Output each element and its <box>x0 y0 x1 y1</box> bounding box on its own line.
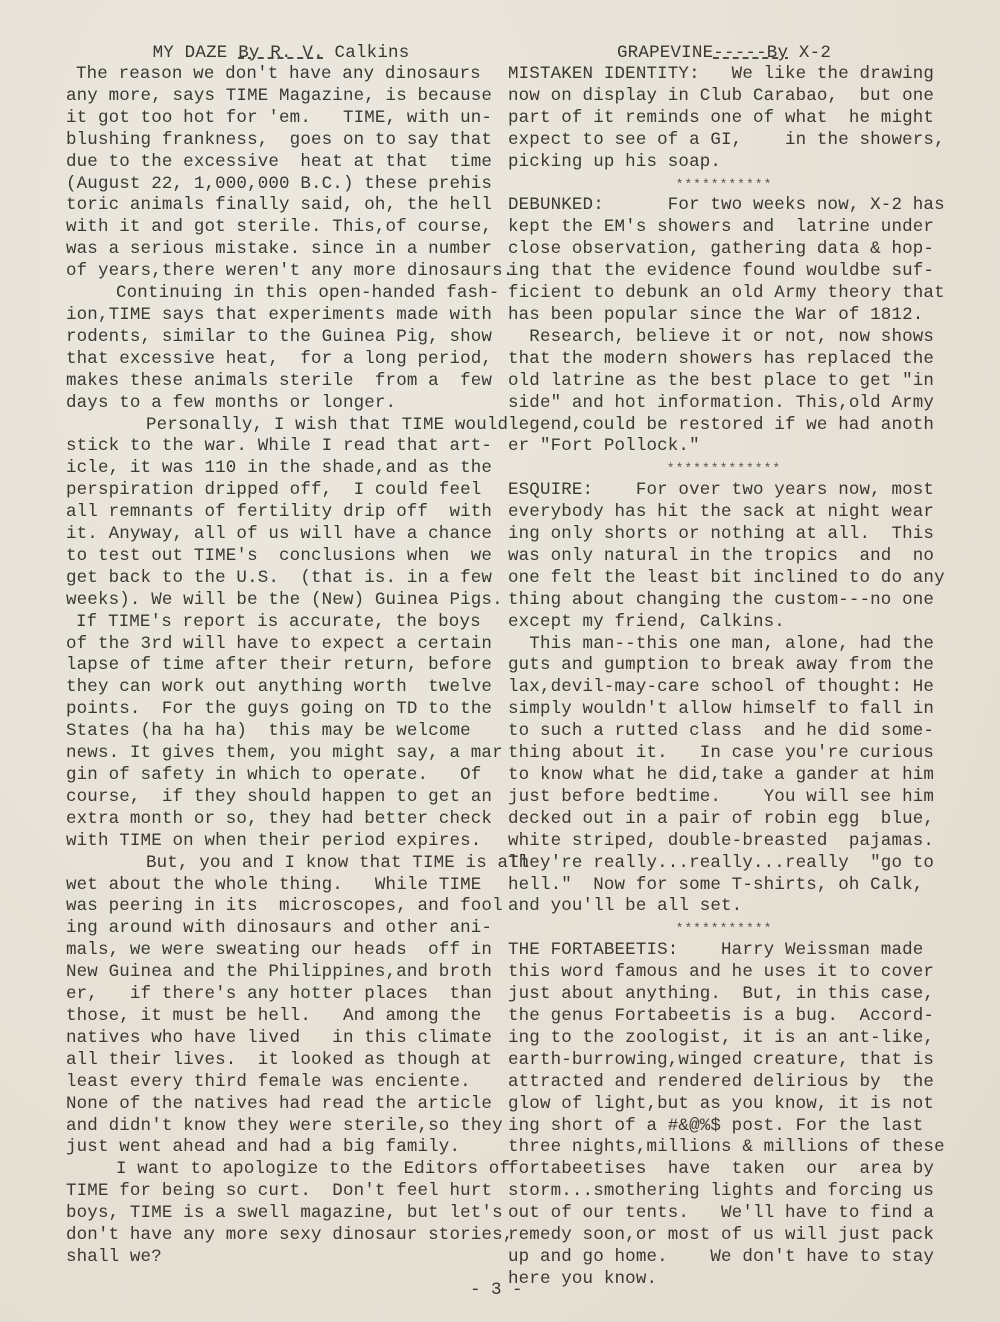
text-line: just went ahead and had a big family. <box>66 1137 496 1159</box>
text-line: just about anything. But, in this case, <box>508 984 940 1006</box>
text-line: perspiration dripped off, I could feel <box>66 480 496 502</box>
text-line: kept the EM's showers and latrine under <box>508 217 940 239</box>
text-line: ing to the zoologist, it is an ant-like, <box>508 1028 940 1050</box>
text-line: course, if they should happen to get an <box>66 787 496 809</box>
text-line: ing only shorts or nothing at all. This <box>508 524 940 546</box>
text-line: er "Fort Pollock." <box>508 436 940 458</box>
section-divider-asterisks: *********** <box>508 918 940 940</box>
text-line: natives who have lived in this climate <box>66 1028 496 1050</box>
text-line: except my friend, Calkins. <box>508 612 940 634</box>
column-my-daze: MY DAZE By R. V. Calkins The reason we d… <box>66 42 496 1269</box>
text-line: legend,could be restored if we had anoth <box>508 415 940 437</box>
text-line: picking up his soap. <box>508 152 940 174</box>
text-line: and you'll be all set. <box>508 896 940 918</box>
text-line: (August 22, 1,000,000 B.C.) these prehis <box>66 174 496 196</box>
text-line: If TIME's report is accurate, the boys <box>66 612 496 634</box>
title-text: GRAPEVINE <box>617 43 713 63</box>
text-line: of years,there weren't any more dinosaur… <box>66 261 496 283</box>
text-line: ESQUIRE: For over two years now, most <box>508 480 940 502</box>
text-line: here you know. <box>508 1269 940 1291</box>
text-line: one felt the least bit inclined to do an… <box>508 568 940 590</box>
title-byline-underlined: By R. V. <box>238 43 324 63</box>
title-author: X-2 <box>788 43 831 63</box>
text-line: gin of safety in which to operate. Of <box>66 765 496 787</box>
title-author: Calkins <box>324 43 410 63</box>
text-line: DEBUNKED: For two weeks now, X-2 has <box>508 195 940 217</box>
text-line: I want to apologize to the Editors of <box>66 1159 496 1181</box>
text-line: TIME for being so curt. Don't feel hurt <box>66 1181 496 1203</box>
text-line: The reason we don't have any dinosaurs <box>66 64 496 86</box>
text-line: white striped, double-breasted pajamas. <box>508 831 940 853</box>
text-line: expect to see of a GI, in the showers, <box>508 130 940 152</box>
text-line: they can work out anything worth twelve <box>66 677 496 699</box>
text-line: three nights,millions & millions of thes… <box>508 1137 940 1159</box>
text-line: lapse of time after their return, before <box>66 655 496 677</box>
title-byline-underlined: -----By <box>713 43 788 63</box>
text-line: now on display in Club Carabao, but one <box>508 86 940 108</box>
text-line: out of our tents. We'll have to find a <box>508 1203 940 1225</box>
text-line: all remnants of fertility drip off with <box>66 502 496 524</box>
text-line: But, you and I know that TIME is all <box>66 853 496 875</box>
text-line: thing about changing the custom---no one <box>508 590 940 612</box>
text-line: extra month or so, they had better check <box>66 809 496 831</box>
text-line: up and go home. We don't have to stay <box>508 1247 940 1269</box>
text-line: was peering in its microscopes, and fool <box>66 896 496 918</box>
text-line: States (ha ha ha) this may be welcome <box>66 721 496 743</box>
text-line: makes these animals sterile from a few <box>66 371 496 393</box>
section-divider-asterisks: ************* <box>508 458 940 480</box>
text-line: this word famous and he uses it to cover <box>508 962 940 984</box>
text-line: MISTAKEN IDENTITY: We like the drawing <box>508 64 940 86</box>
text-line: that the modern showers has replaced the <box>508 349 940 371</box>
column-grapevine: GRAPEVINE-----By X-2 MISTAKEN IDENTITY: … <box>508 42 940 1291</box>
text-line: er, if there's any hotter places than <box>66 984 496 1006</box>
article-title-my-daze: MY DAZE By R. V. Calkins <box>66 42 496 64</box>
text-line: New Guinea and the Philippines,and broth <box>66 962 496 984</box>
text-line: it. Anyway, all of us will have a chance <box>66 524 496 546</box>
text-line: everybody has hit the sack at night wear <box>508 502 940 524</box>
text-line: points. For the guys going on TD to the <box>66 699 496 721</box>
text-line: glow of light,but as you know, it is not <box>508 1094 940 1116</box>
text-line: mals, we were sweating our heads off in <box>66 940 496 962</box>
text-line: get back to the U.S. (that is. in a few <box>66 568 496 590</box>
text-line: guts and gumption to break away from the <box>508 655 940 677</box>
grapevine-item: MISTAKEN IDENTITY: We like the drawingno… <box>508 64 940 174</box>
text-line: with it and got sterile. This,of course, <box>66 217 496 239</box>
text-line: was only natural in the tropics and no <box>508 546 940 568</box>
text-line: storm...smothering lights and forcing us <box>508 1181 940 1203</box>
text-line: boys, TIME is a swell magazine, but let'… <box>66 1203 496 1225</box>
text-line: was a serious mistake. since in a number <box>66 239 496 261</box>
text-line: decked out in a pair of robin egg blue, <box>508 809 940 831</box>
text-line: days to a few months or longer. <box>66 393 496 415</box>
text-line: THE FORTABEETIS: Harry Weissman made <box>508 940 940 962</box>
text-line: to test out TIME's conclusions when we <box>66 546 496 568</box>
text-line: earth-burrowing,winged creature, that is <box>508 1050 940 1072</box>
text-line: remedy soon,or most of us will just pack <box>508 1225 940 1247</box>
text-line: to know what he did,take a gander at him <box>508 765 940 787</box>
text-line: all their lives. it looked as though at <box>66 1050 496 1072</box>
article-title-grapevine: GRAPEVINE-----By X-2 <box>508 42 940 64</box>
text-line: thing about it. In case you're curious <box>508 743 940 765</box>
text-line: of the 3rd will have to expect a certain <box>66 634 496 656</box>
text-line: weeks). We will be the (New) Guinea Pigs… <box>66 590 496 612</box>
text-line: Personally, I wish that TIME would <box>66 415 496 437</box>
text-line: side" and hot information. This,old Army <box>508 393 940 415</box>
text-line: and didn't know they were sterile,so the… <box>66 1116 496 1138</box>
typewritten-page: MY DAZE By R. V. Calkins The reason we d… <box>0 0 1000 1322</box>
section-divider-asterisks: *********** <box>508 174 940 196</box>
text-line: lax,devil-may-care school of thought: He <box>508 677 940 699</box>
text-line: hell." Now for some T-shirts, oh Calk, <box>508 875 940 897</box>
text-line: wet about the whole thing. While TIME <box>66 875 496 897</box>
text-line: Research, believe it or not, now shows <box>508 327 940 349</box>
text-line: any more, says TIME Magazine, is because <box>66 86 496 108</box>
text-line: it got too hot for 'em. TIME, with un- <box>66 108 496 130</box>
text-line: rodents, similar to the Guinea Pig, show <box>66 327 496 349</box>
text-line: stick to the war. While I read that art- <box>66 436 496 458</box>
text-line: This man--this one man, alone, had the <box>508 634 940 656</box>
text-line: fortabeetises have taken our area by <box>508 1159 940 1181</box>
text-line: least every third female was enciente. <box>66 1072 496 1094</box>
text-line: ing short of a #&@%$ post. For the last <box>508 1116 940 1138</box>
text-line: ion,TIME says that experiments made with <box>66 305 496 327</box>
text-line: ficient to debunk an old Army theory tha… <box>508 283 940 305</box>
text-line: blushing frankness, goes on to say that <box>66 130 496 152</box>
text-line: part of it reminds one of what he might <box>508 108 940 130</box>
text-line: those, it must be hell. And among the <box>66 1006 496 1028</box>
text-line: They're really...really...really "go to <box>508 853 940 875</box>
text-line: ing that the evidence found wouldbe suf- <box>508 261 940 283</box>
text-line: toric animals finally said, oh, the hell <box>66 195 496 217</box>
text-line: don't have any more sexy dinosaur storie… <box>66 1225 496 1247</box>
text-line: news. It gives them, you might say, a ma… <box>66 743 496 765</box>
article-body-grapevine: MISTAKEN IDENTITY: We like the drawingno… <box>508 64 940 1291</box>
grapevine-item: THE FORTABEETIS: Harry Weissman madethis… <box>508 940 940 1291</box>
article-body-my-daze: The reason we don't have any dinosaursan… <box>66 64 496 1269</box>
text-line: shall we? <box>66 1247 496 1269</box>
grapevine-item: DEBUNKED: For two weeks now, X-2 haskept… <box>508 195 940 458</box>
text-line: attracted and rendered delirious by the <box>508 1072 940 1094</box>
text-line: ing around with dinosaurs and other ani- <box>66 918 496 940</box>
text-line: to such a rutted class and he did some- <box>508 721 940 743</box>
text-line: icle, it was 110 in the shade,and as the <box>66 458 496 480</box>
grapevine-item: ESQUIRE: For over two years now, mosteve… <box>508 480 940 918</box>
text-line: simply wouldn't allow himself to fall in <box>508 699 940 721</box>
page-number: - 3 - <box>470 1280 523 1300</box>
text-line: just before bedtime. You will see him <box>508 787 940 809</box>
text-line: with TIME on when their period expires. <box>66 831 496 853</box>
text-line: None of the natives had read the article <box>66 1094 496 1116</box>
text-line: Continuing in this open-handed fash- <box>66 283 496 305</box>
text-line: close observation, gathering data & hop- <box>508 239 940 261</box>
text-line: the genus Fortabeetis is a bug. Accord- <box>508 1006 940 1028</box>
text-line: that excessive heat, for a long period, <box>66 349 496 371</box>
text-line: due to the excessive heat at that time <box>66 152 496 174</box>
text-line: has been popular since the War of 1812. <box>508 305 940 327</box>
title-text: MY DAZE <box>153 43 239 63</box>
text-line: old latrine as the best place to get "in <box>508 371 940 393</box>
